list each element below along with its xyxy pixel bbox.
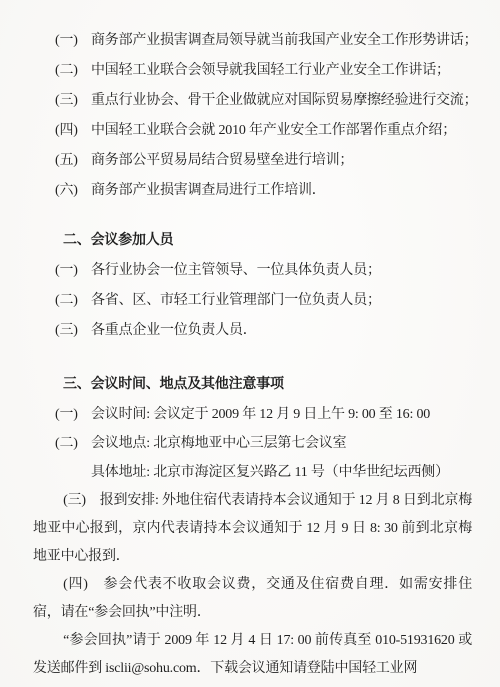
paragraph-registration: (三) 报到安排: 外地住宿代表请持本会议通知于 12 月 8 日到北京梅地亚中… <box>33 487 472 571</box>
item-text: 重点行业协会、骨干企业做就应对国际贸易摩擦经验进行交流； <box>91 86 477 116</box>
list-item: (五) 商务部公平贸易局结合贸易壁垒进行培训； <box>33 146 472 176</box>
item-marker: (一) <box>55 26 91 56</box>
item-text: 各省、区、市轻工行业管理部门一位负责人员； <box>91 286 472 316</box>
agenda-list: (一) 商务部产业损害调查局领导就当前我国产业安全工作形势讲话； (二) 中国轻… <box>33 26 472 206</box>
participants-list: (一) 各行业协会一位主管领导、一位具体负责人员； (二) 各省、区、市轻工行业… <box>33 256 472 346</box>
item-text: 各行业协会一位主管领导、一位具体负责人员； <box>91 256 472 286</box>
section-heading-participants: 二、会议参加人员 <box>63 226 472 256</box>
item-marker: (五) <box>55 146 91 176</box>
item-text: 具体地址: 北京市海淀区复兴路乙 11 号（中华世纪坛西侧） <box>91 458 472 487</box>
list-item-meeting-place: (二) 会议地点: 北京梅地亚中心三层第七会议室 <box>33 429 472 458</box>
item-marker <box>55 458 91 487</box>
item-text: 中国轻工业联合会就 2010 年产业安全工作部署作重点介绍； <box>91 116 472 146</box>
paragraph-fees: (四) 参会代表不收取会议费，交通及住宿费自理．如需安排住宿，请在“参会回执”中… <box>33 571 472 627</box>
list-item: (一) 商务部产业损害调查局领导就当前我国产业安全工作形势讲话； <box>33 26 472 56</box>
item-marker: (二) <box>55 56 91 86</box>
item-marker: (一) <box>55 256 91 286</box>
item-text: 会议地点: 北京梅地亚中心三层第七会议室 <box>91 429 472 458</box>
list-item: (三) 各重点企业一位负责人员． <box>33 316 472 346</box>
list-item: (二) 中国轻工业联合会领导就我国轻工行业产业安全工作讲话； <box>33 56 472 86</box>
scanned-document-page: (一) 商务部产业损害调查局领导就当前我国产业安全工作形势讲话； (二) 中国轻… <box>0 0 500 687</box>
item-marker: (一) <box>55 400 91 429</box>
list-item: (四) 中国轻工业联合会就 2010 年产业安全工作部署作重点介绍； <box>33 116 472 146</box>
list-item: (六) 商务部产业损害调查局进行工作培训． <box>33 176 472 206</box>
item-text: 商务部产业损害调查局进行工作培训． <box>91 176 472 206</box>
item-marker: (六) <box>55 176 91 206</box>
section-heading-logistics: 三、会议时间、地点及其他注意事项 <box>63 370 472 400</box>
list-item-meeting-time: (一) 会议时间: 会议定于 2009 年 12 月 9 日上午 9: 00 至… <box>33 400 472 429</box>
item-text: 会议时间: 会议定于 2009 年 12 月 9 日上午 9: 00 至 16:… <box>91 400 472 429</box>
item-text: 中国轻工业联合会领导就我国轻工行业产业安全工作讲话； <box>91 56 472 86</box>
item-marker: (三) <box>55 316 91 346</box>
list-item: (三) 重点行业协会、骨干企业做就应对国际贸易摩擦经验进行交流； <box>33 86 472 116</box>
item-text: 商务部产业损害调查局领导就当前我国产业安全工作形势讲话； <box>91 26 477 56</box>
list-item-address: 具体地址: 北京市海淀区复兴路乙 11 号（中华世纪坛西侧） <box>33 458 472 487</box>
paragraph-reply-receipt: “参会回执”请于 2009 年 12 月 4 日 17: 00 前传真至 010… <box>33 627 472 683</box>
item-text: 商务部公平贸易局结合贸易壁垒进行培训； <box>91 146 472 176</box>
item-text: 各重点企业一位负责人员． <box>91 316 472 346</box>
item-marker: (二) <box>55 286 91 316</box>
item-marker: (二) <box>55 429 91 458</box>
list-item: (一) 各行业协会一位主管领导、一位具体负责人员； <box>33 256 472 286</box>
item-marker: (四) <box>55 116 91 146</box>
logistics-list: (一) 会议时间: 会议定于 2009 年 12 月 9 日上午 9: 00 至… <box>33 400 472 487</box>
item-marker: (三) <box>55 86 91 116</box>
list-item: (二) 各省、区、市轻工行业管理部门一位负责人员； <box>33 286 472 316</box>
